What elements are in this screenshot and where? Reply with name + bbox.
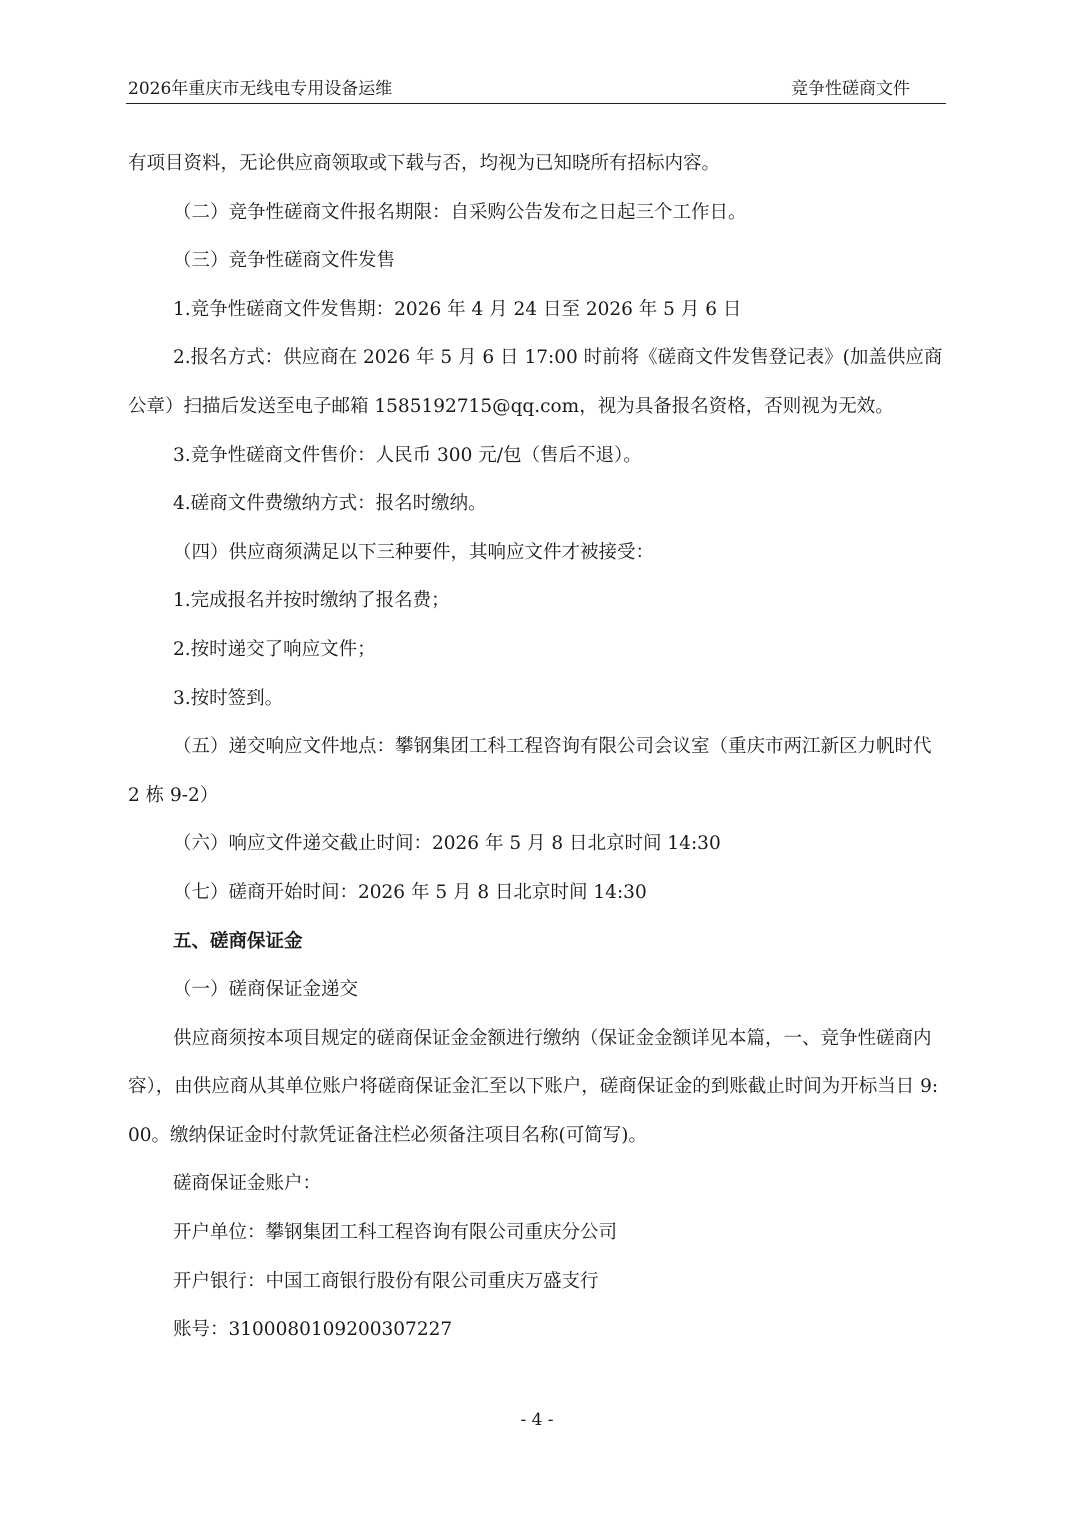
paragraph-bank: 开户银行：中国工商银行股份有限公司重庆万盛支行 xyxy=(128,1258,946,1307)
paragraph-registration-method: 2.报名方式：供应商在 2026 年 5 月 6 日 17:00 时前将《磋商文… xyxy=(128,334,946,431)
header-project-title: 2026年重庆市无线电专用设备运维 xyxy=(128,76,392,102)
paragraph-submission-deadline: （六）响应文件递交截止时间：2026 年 5 月 8 日北京时间 14:30 xyxy=(128,820,946,869)
paragraph-requirements-heading: （四）供应商须满足以下三种要件，其响应文件才被接受： xyxy=(128,529,946,578)
page-header: 2026年重庆市无线电专用设备运维 竞争性磋商文件 xyxy=(128,76,946,102)
paragraph-deposit-subheading: （一）磋商保证金递交 xyxy=(128,966,946,1015)
paragraph-registration-period: （二）竞争性磋商文件报名期限：自采购公告发布之日起三个工作日。 xyxy=(128,189,946,238)
paragraph-negotiation-start: （七）磋商开始时间：2026 年 5 月 8 日北京时间 14:30 xyxy=(128,869,946,918)
paragraph-requirement-1: 1.完成报名并按时缴纳了报名费； xyxy=(128,577,946,626)
paragraph-submission-location: （五）递交响应文件地点：攀钢集团工科工程咨询有限公司会议室（重庆市两江新区力帆时… xyxy=(128,723,946,820)
paragraph-account-holder: 开户单位：攀钢集团工科工程咨询有限公司重庆分公司 xyxy=(128,1209,946,1258)
document-body: 有项目资料，无论供应商领取或下载与否，均视为已知晓所有招标内容。 （二）竞争性磋… xyxy=(128,140,946,1355)
section-heading-deposit: 五、磋商保证金 xyxy=(128,918,946,967)
paragraph-sale-period: 1.竞争性磋商文件发售期：2026 年 4 月 24 日至 2026 年 5 月… xyxy=(128,286,946,335)
paragraph-sale-heading: （三）竞争性磋商文件发售 xyxy=(128,237,946,286)
paragraph-requirement-2: 2.按时递交了响应文件； xyxy=(128,626,946,675)
page-number: - 4 - xyxy=(0,1408,1074,1432)
header-document-type: 竞争性磋商文件 xyxy=(791,76,910,102)
header-divider xyxy=(126,103,946,104)
paragraph-price: 3.竞争性磋商文件售价：人民币 300 元/包（售后不退）。 xyxy=(128,432,946,481)
paragraph-continuation: 有项目资料，无论供应商领取或下载与否，均视为已知晓所有招标内容。 xyxy=(128,140,946,189)
paragraph-requirement-3: 3.按时签到。 xyxy=(128,675,946,724)
paragraph-deposit-instructions: 供应商须按本项目规定的磋商保证金金额进行缴纳（保证金金额详见本篇，一、竞争性磋商… xyxy=(128,1015,946,1161)
paragraph-deposit-account-label: 磋商保证金账户： xyxy=(128,1160,946,1209)
paragraph-account-number: 账号：3100080109200307227 xyxy=(128,1306,946,1355)
paragraph-fee-payment: 4.磋商文件费缴纳方式：报名时缴纳。 xyxy=(128,480,946,529)
